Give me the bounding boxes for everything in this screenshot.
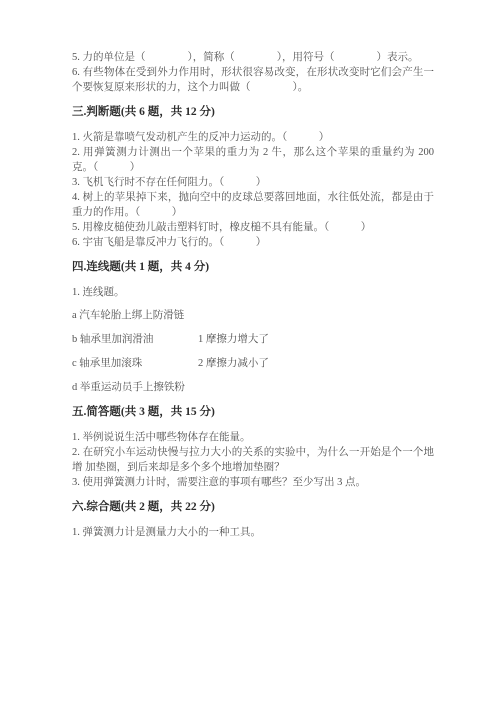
- judgment-question-1: 1. 火箭是靠喷气发动机产生的反冲力运动的。（ ）: [72, 130, 434, 145]
- matching-row: c 轴承里加滚珠 2 摩擦力减小了: [72, 356, 434, 371]
- fill-in-question-5: 5. 力的单位是（ ），简称（ ），用符号（ ）表示。: [72, 50, 434, 65]
- matching-left-item-a: a 汽车轮胎上绑上防滑链: [72, 308, 198, 323]
- matching-row: d 举重运动员手上擦铁粉: [72, 380, 434, 395]
- section-heading-matching: 四.连线题(共 1 题，共 4 分): [72, 260, 434, 274]
- matching-right-empty: [198, 308, 434, 323]
- exam-paper-page: 5. 力的单位是（ ），简称（ ），用符号（ ）表示。 6. 有些物体在受到外力…: [0, 0, 500, 707]
- matching-right-item-1: 1 摩擦力增大了: [198, 332, 434, 347]
- short-answer-question-1: 1. 举例说说生活中哪些物体存在能量。: [72, 430, 434, 445]
- matching-right-item-2: 2 摩擦力减小了: [198, 356, 434, 371]
- matching-left-item-d: d 举重运动员手上擦铁粉: [72, 380, 198, 395]
- section-heading-judgment: 三.判断题(共 6 题，共 12 分): [72, 105, 434, 119]
- matching-left-item-b: b 轴承里加润滑油: [72, 332, 198, 347]
- section-heading-comprehensive: 六.综合题(共 2 题，共 22 分): [72, 500, 434, 514]
- matching-block: a 汽车轮胎上绑上防滑链 b 轴承里加润滑油 1 摩擦力增大了 c 轴承里加滚珠…: [72, 308, 434, 395]
- judgment-question-4: 4. 树上的苹果掉下来，抛向空中的皮球总要落回地面，水往低处流，都是由于重力的作…: [72, 190, 434, 220]
- judgment-question-5: 5. 用橡皮槌使劲儿敲击塑料钉时，橡皮槌不具有能量。（ ）: [72, 220, 434, 235]
- judgment-question-3: 3. 飞机飞行时不存在任何阻力。（ ）: [72, 175, 434, 190]
- comprehensive-question-1: 1. 弹簧测力计是测量力大小的一种工具。: [72, 525, 434, 540]
- short-answer-question-2: 2. 在研究小车运动快慢与拉力大小的关系的实验中，为什么一开始是个一个地增 加垫…: [72, 445, 434, 475]
- matching-right-empty: [198, 380, 434, 395]
- fill-in-question-6: 6. 有些物体在受到外力作用时，形状很容易改变，在形状改变时它们会产生一个要恢复…: [72, 65, 434, 95]
- judgment-question-2: 2. 用弹簧测力计测出一个苹果的重力为 2 牛，那么这个苹果的重量约为 200克…: [72, 145, 434, 175]
- matching-intro: 1. 连线题。: [72, 285, 434, 300]
- matching-row: a 汽车轮胎上绑上防滑链: [72, 308, 434, 323]
- matching-row: b 轴承里加润滑油 1 摩擦力增大了: [72, 332, 434, 347]
- judgment-question-6: 6. 宇宙飞船是靠反冲力飞行的。（ ）: [72, 235, 434, 250]
- matching-left-item-c: c 轴承里加滚珠: [72, 356, 198, 371]
- short-answer-question-3: 3. 使用弹簧测力计时，需要注意的事项有哪些？至少写出 3 点。: [72, 475, 434, 490]
- section-heading-short-answer: 五.简答题(共 3 题，共 15 分): [72, 405, 434, 419]
